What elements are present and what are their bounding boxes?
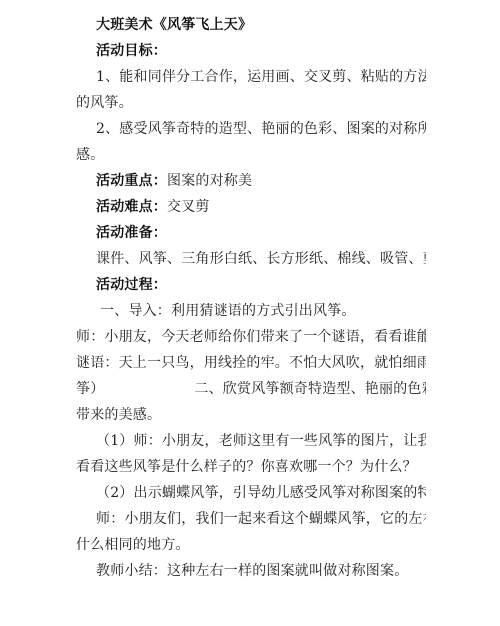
document-page: 大班美术《风筝飞上天》 活动目标： 1、能和同伴分工合作，运用画、交叉剪、粘贴的… — [76, 12, 426, 584]
step-1: 一、导入：利用猜谜语的方式引出风筝。 — [76, 298, 426, 324]
goal-2-line-1: 2、感受风筝奇特的造型、艳丽的色彩、图案的对称所带来的美 — [76, 116, 426, 142]
goal-2-line-2: 感。 — [76, 142, 426, 168]
goals-heading: 活动目标： — [76, 38, 426, 64]
difficulty-value: 交叉剪 — [167, 199, 210, 215]
key-point: 活动重点：图案的对称美 — [76, 168, 426, 194]
prep-items: 课件、风筝、三角形白纸、长方形纸、棉线、吸管、剪刀、胶 — [76, 246, 426, 272]
step-2-line-1: 二、欣赏风筝额奇特造型、艳丽的色彩、图案的对称 — [194, 381, 426, 397]
difficulty-label: 活动难点： — [96, 199, 167, 215]
riddle-line-1: 谜语：天上一只鸟，用线拴的牢。不怕大风吹，就怕细雨飘。（风 — [76, 350, 426, 376]
teacher-line-1: 师：小朋友，今天老师给你们带来了一个谜语，看看谁能猜出来。 — [76, 324, 426, 350]
riddle-step-2-line: 筝）二、欣赏风筝额奇特造型、艳丽的色彩、图案的对称 — [76, 376, 426, 402]
key-point-label: 活动重点： — [96, 173, 167, 189]
goal-1-line-2: 的风筝。 — [76, 90, 426, 116]
teacher-line-3: 什么相同的地方。 — [76, 532, 426, 558]
document-title: 大班美术《风筝飞上天》 — [76, 12, 426, 38]
sub-1-line-2: 看看这些风筝是什么样子的？你喜欢哪一个？为什么？ — [76, 454, 426, 480]
teacher-line-2: 师：小朋友们，我们一起来看这个蝴蝶风筝，它的左右两边有 — [76, 506, 426, 532]
step-2-line-2: 带来的美感。 — [76, 402, 426, 428]
riddle-line-2: 筝） — [76, 381, 104, 397]
prep-heading: 活动准备： — [76, 220, 426, 246]
sub-2: （2）出示蝴蝶风筝，引导幼儿感受风筝对称图案的特点。 — [76, 480, 426, 506]
sub-1-line-1: （1）师：小朋友，老师这里有一些风筝的图片，让我们一起来 — [76, 428, 426, 454]
summary: 教师小结：这种左右一样的图案就叫做对称图案。 — [76, 558, 426, 584]
difficulty: 活动难点：交叉剪 — [76, 194, 426, 220]
process-heading: 活动过程： — [76, 272, 426, 298]
goal-1-line-1: 1、能和同伴分工合作，运用画、交叉剪、粘贴的方法制作简单 — [76, 64, 426, 90]
key-point-value: 图案的对称美 — [167, 173, 252, 189]
